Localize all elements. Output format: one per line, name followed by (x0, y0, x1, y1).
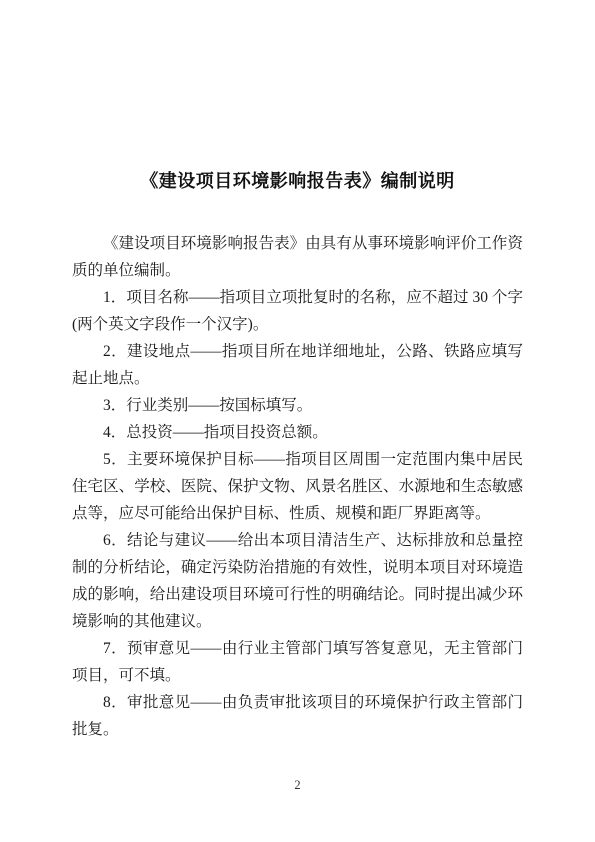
document-body: 《建设项目环境影响报告表》由具有从事环境影响评价工作资质的单位编制。 1．项目名… (72, 230, 523, 743)
document-title: 《建设项目环境影响报告表》编制说明 (0, 0, 595, 193)
paragraph-item-8: 8．审批意见——由负责审批该项目的环境保护行政主管部门批复。 (72, 689, 523, 743)
paragraph-item-1: 1．项目名称——指项目立项批复时的名称，应不超过 30 个字(两个英文字段作一个… (72, 284, 523, 338)
paragraph-item-2: 2．建设地点——指项目所在地详细地址，公路、铁路应填写起止地点。 (72, 338, 523, 392)
paragraph-item-3: 3．行业类别——按国标填写。 (72, 392, 523, 419)
paragraph-intro: 《建设项目环境影响报告表》由具有从事环境影响评价工作资质的单位编制。 (72, 230, 523, 284)
paragraph-item-5: 5．主要环境保护目标——指项目区周围一定范围内集中居民住宅区、学校、医院、保护文… (72, 446, 523, 527)
document-page: 《建设项目环境影响报告表》编制说明 《建设项目环境影响报告表》由具有从事环境影响… (0, 0, 595, 842)
page-number: 2 (0, 778, 595, 793)
paragraph-item-6: 6．结论与建议——给出本项目清洁生产、达标排放和总量控制的分析结论，确定污染防治… (72, 527, 523, 635)
paragraph-item-7: 7．预审意见——由行业主管部门填写答复意见，无主管部门项目，可不填。 (72, 635, 523, 689)
paragraph-item-4: 4．总投资——指项目投资总额。 (72, 419, 523, 446)
